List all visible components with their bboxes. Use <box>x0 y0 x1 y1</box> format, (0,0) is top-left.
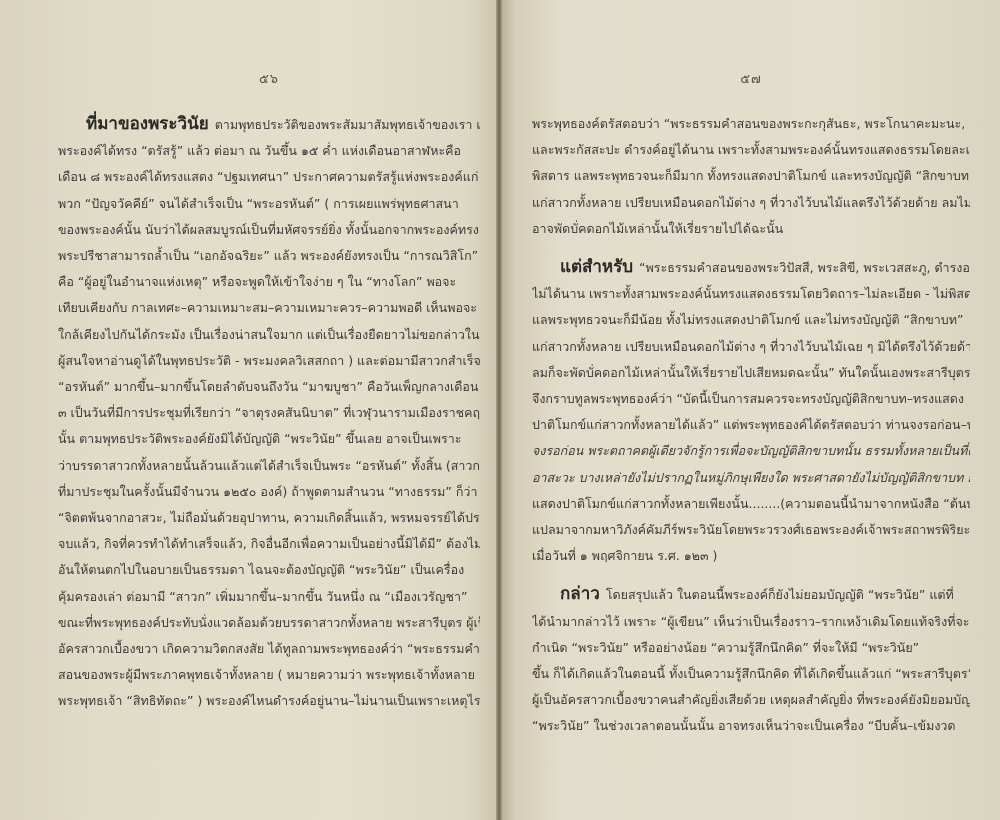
text-line: ขณะที่พระพุทธองค์ประทับนั่งแวดล้อมด้วยบร… <box>58 610 480 636</box>
text-line: พวก “ปัญจวัคคีย์” จนได้สำเร็จเป็น “พระอร… <box>58 191 480 217</box>
text-line: ว่าบรรดาสาวกทั้งหลายนั้นล้วนแล้วแต่ได้สำ… <box>58 453 480 479</box>
open-book: ๕๖ ที่มาของพระวินัยตามพุทธประวัติของพระส… <box>0 0 1000 820</box>
text-line: แลพระพุทธวจนะก็มีน้อย ทั้งไม่ทรงแสดงปาติ… <box>532 307 970 333</box>
text-line: เดือน ๘ พระองค์ได้ทรงแสดง “ปฐมเทศนา” ประ… <box>58 164 480 190</box>
text-line: ได้นำมากล่าวไว้ เพราะ “ผู้เขียน” เห็นว่า… <box>532 609 970 635</box>
text-line: พิสดาร แลพระพุทธวจนะก็มีมาก ทั้งทรงแสดงป… <box>532 163 970 189</box>
text-line: เทียบเคียงกับ กาลเทศะ–ความเหมาะสม–ความเห… <box>58 295 480 321</box>
paragraph-but-for: แต่สำหรับ“พระธรรมคำสอนของพระวิปัสสี, พระ… <box>532 254 970 569</box>
paragraph-summary: กล่าวโดยสรุปแล้ว ในตอนนี้พระองค์ก็ยังไม่… <box>532 581 970 739</box>
quoted-italic-line: จงรอก่อน พระตถาคตผู้เดียวจักรู้การเพื่อจ… <box>532 438 970 464</box>
text-line: พระองค์ได้ทรง “ตรัสรู้” แล้ว ต่อมา ณ วัน… <box>58 138 480 164</box>
text-line: “จิตตพ้นจากอาสวะ, ไม่ถือมั่นด้วยอุปาทาน,… <box>58 505 480 531</box>
text-line: พระพุทธเจ้า “สิทธิทัตถะ” ) พระองค์ไหนดำร… <box>58 688 480 714</box>
left-page: ๕๖ ที่มาของพระวินัยตามพุทธประวัติของพระส… <box>0 0 498 820</box>
text-line: คือ “ผู้อยู่ในอำนาจแห่งเหตุ” หรือจะพูดให… <box>58 269 480 295</box>
paragraph-origin-of-vinaya: ที่มาของพระวินัยตามพุทธประวัติของพระสัมม… <box>58 111 480 715</box>
text-line: ผู้สนใจหาอ่านดูได้ในพุทธประวัติ - พระมงค… <box>58 348 480 374</box>
text-line: ผู้เป็นอัครสาวกเบื้องขวาคนสำคัญยิ่งเสียด… <box>532 687 970 713</box>
text-line: พระปรีชาสามารถล้ำเป็น “เอกอัจฉริยะ” แล้ว… <box>58 243 480 269</box>
text-line: เมื่อวันที่ ๑ พฤศจิกายน ร.ศ. ๑๒๓ ) <box>532 543 970 569</box>
text-line: นั้น ตามพุทธประวัติพระองค์ยังมิได้บัญญัต… <box>58 426 480 452</box>
text-line: ใกล้เคียงไปกันได้กระมัง เป็นเรื่องน่าสนใ… <box>58 322 480 348</box>
section-heading: กล่าว <box>560 584 600 604</box>
text-line: อันให้ตนตกไปในอบายเป็นธรรมดา ไฉนจะต้องบั… <box>58 557 480 583</box>
text-line: ขึ้น ก็ได้เกิดแล้วในตอนนี้ ทั้งเป็นความร… <box>532 661 970 687</box>
text-line: แปลมาจากมหาวิภังค์คัมภีร์พระวินัยโดยพระว… <box>532 517 970 543</box>
quoted-italic-line: อาสะวะ บางเหล่ายังไม่ปรากฏในหมู่ภิกษุเพี… <box>532 465 970 491</box>
text-line: ลมก็จะพัดบั่คดอกไม้เหล่านั้นให้เรี่ยรายไ… <box>532 360 970 386</box>
text-line: แก่สาวกทั้งหลาย เปรียบเหมือนดอกไม้ต่าง ๆ… <box>532 190 970 216</box>
page-number: ๕๗ <box>532 68 970 89</box>
book-spine <box>496 0 502 820</box>
text-line: จบแล้ว, กิจที่ควรทำได้ทำเสร็จแล้ว, กิจอื… <box>58 531 480 557</box>
text-line: “อรหันต์” มากขึ้น–มากขึ้นโดยลำดับจนถึงวั… <box>58 374 480 400</box>
text-line: และพระกัสสะปะ ดำรงค์อยู่ได้นาน เพราะทั้ง… <box>532 137 970 163</box>
text-line: จึงกราบทูลพระพุทธองค์ว่า “บัดนี้เป็นการส… <box>532 386 970 412</box>
text-line: พระพุทธองค์ตรัสตอบว่า “พระธรรมคำสอนของพร… <box>532 111 970 137</box>
page-number: ๕๖ <box>58 68 480 89</box>
text-line: กำเนิด “พระวินัย” หรืออย่างน้อย “ความรู้… <box>532 635 970 661</box>
text-line: สอนของพระผู้มีพระภาคพุทธเจ้าทั้งหลาย ( ห… <box>58 662 480 688</box>
section-heading: แต่สำหรับ <box>560 257 633 277</box>
paragraph-buddha-answer: พระพุทธองค์ตรัสตอบว่า “พระธรรมคำสอนของพร… <box>532 111 970 242</box>
text-line: ปาติโมกข์แก่สาวกทั้งหลายได้แล้ว” แต่พระพ… <box>532 412 970 438</box>
text-line: “พระวินัย” ในช่วงเวลาตอนนั้นนั้น อาจทรงเ… <box>532 713 970 739</box>
text-line: คุ้มครองเล่า ต่อมามี “สาวก” เพิ่มมากขึ้น… <box>58 584 480 610</box>
text-line: แก่สาวกทั้งหลาย เปรียบเหมือนดอกไม้ต่าง ๆ… <box>532 334 970 360</box>
text-line: ๓ เป็นวันที่มีการประชุมที่เรียกว่า “จาตุ… <box>58 400 480 426</box>
text-line: อาจพัดบั่คดอกไม้เหล่านั้นให้เรี่ยรายไปได… <box>532 216 970 242</box>
section-heading: ที่มาของพระวินัย <box>86 114 209 134</box>
text-line: อัครสาวกเบื้องขวา เกิดความวิตกสงสัย ได้ท… <box>58 636 480 662</box>
text-line: ไม่ได้นาน เพราะทั้งสามพระองค์นั้นทรงแสดง… <box>532 281 970 307</box>
text-line: แสดงปาติโมกข์แก่สาวกทั้งหลายเพียงนั้น...… <box>532 491 970 517</box>
text-line: ที่มาประชุมในครั้งนั้นมีจำนวน ๑๒๕๐ องค์)… <box>58 479 480 505</box>
right-page: ๕๗ พระพุทธองค์ตรัสตอบว่า “พระธรรมคำสอนขอ… <box>498 0 1000 820</box>
text-line: ของพระองค์นั้น นับว่าได้ผลสมบูรณ์เป็นที่… <box>58 217 480 243</box>
